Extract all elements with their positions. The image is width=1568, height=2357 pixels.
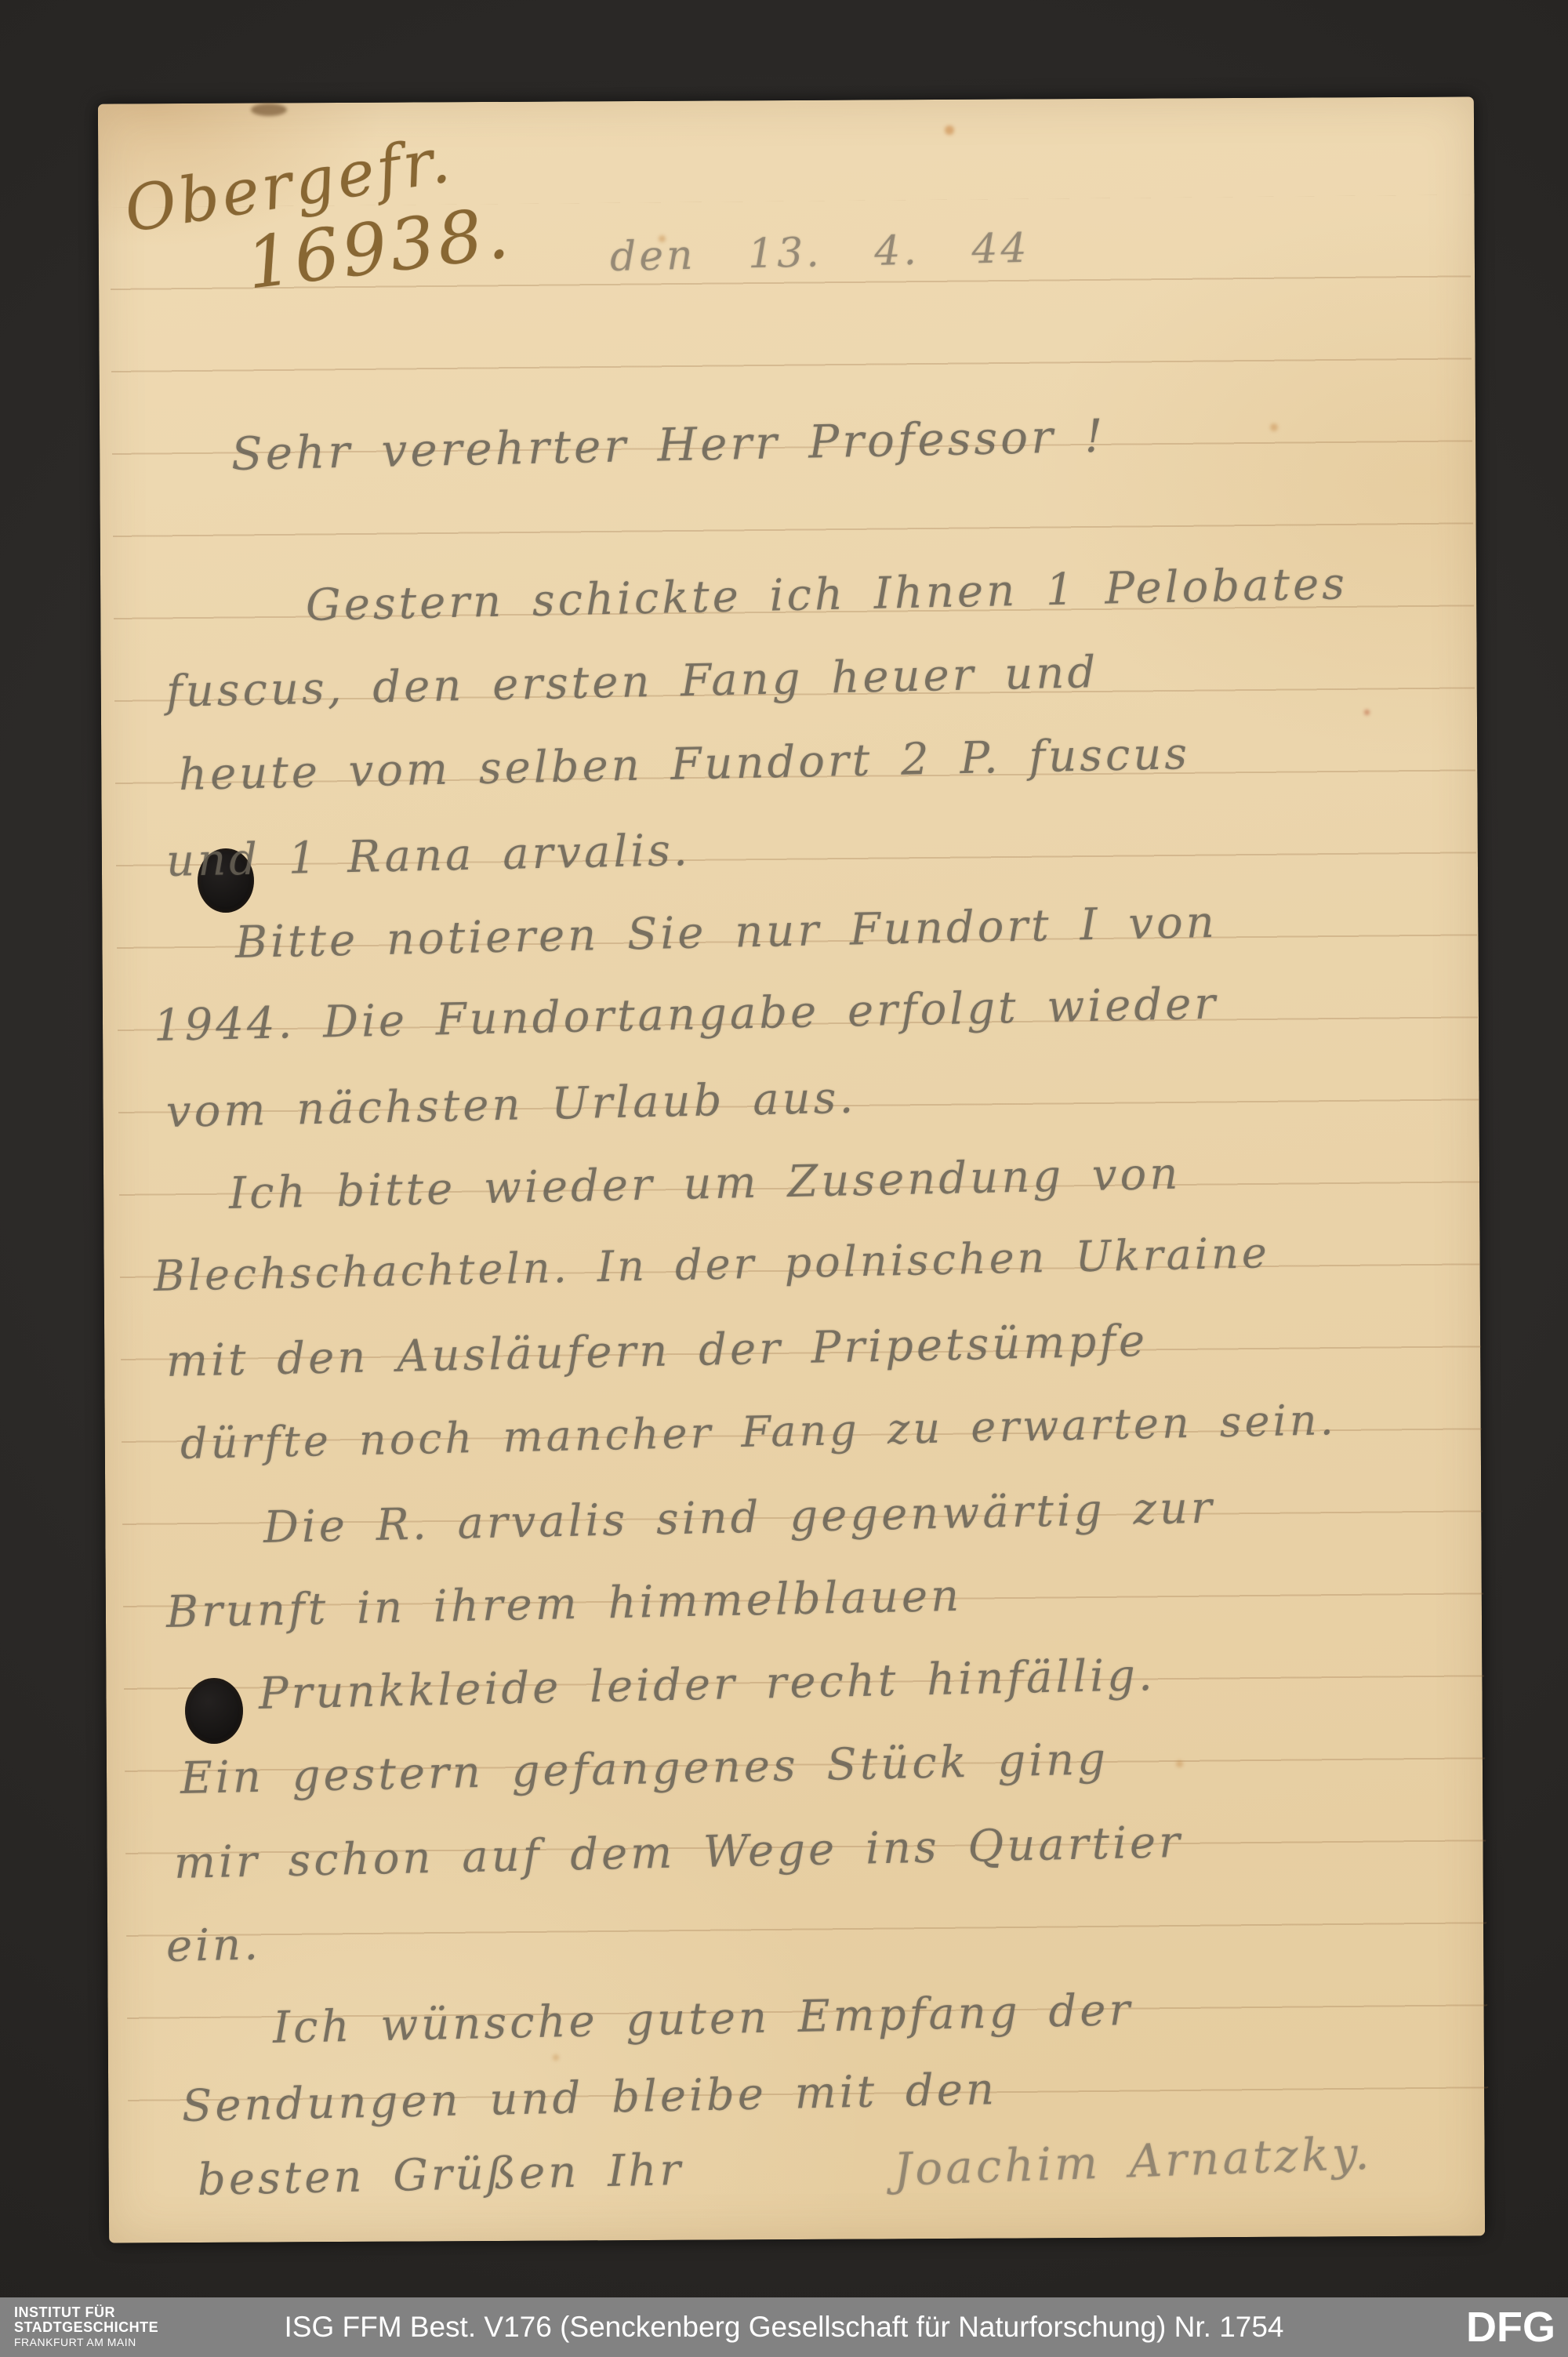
stain — [1364, 710, 1370, 715]
stain — [1176, 1760, 1183, 1767]
punch-hole-bottom — [185, 1678, 243, 1744]
archive-footer-bar: INSTITUT FÜR STADTGESCHICHTE FRANKFURT A… — [0, 2297, 1568, 2357]
stain — [1270, 423, 1278, 431]
stain — [945, 125, 954, 135]
archival-scan-page: { "letter": { "ink_annotations": { "rank… — [0, 0, 1568, 2357]
body-line: ein. — [165, 1920, 261, 1970]
stain — [251, 104, 287, 116]
date-line: den 13. 4. 44 — [609, 227, 1030, 280]
dfg-logo: DFG — [1466, 2303, 1555, 2352]
stain — [553, 2054, 559, 2061]
body-line: und 1 Rana arvalis. — [165, 826, 691, 886]
archive-caption: ISG FFM Best. V176 (Senckenberg Gesellsc… — [0, 2311, 1568, 2344]
closing-line: besten Grüßen Ihr — [197, 2146, 684, 2205]
